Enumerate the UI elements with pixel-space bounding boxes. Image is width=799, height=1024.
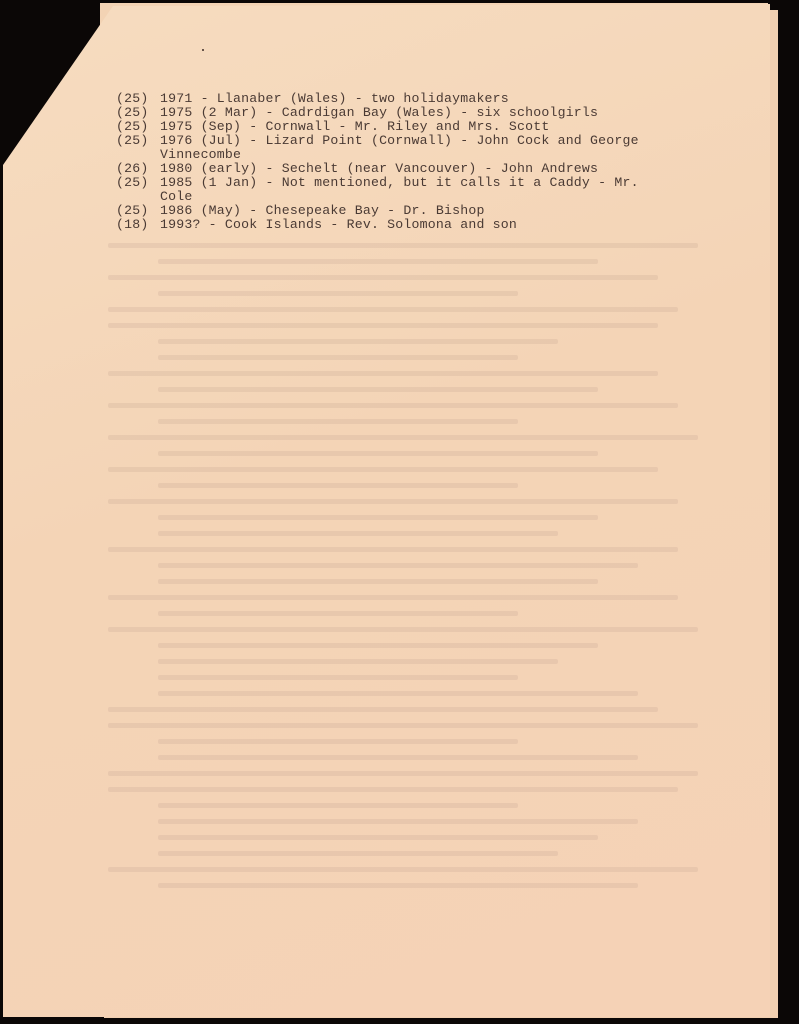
entry-text: 1975 (2 Mar) - Cadrdigan Bay (Wales) - s…: [160, 106, 716, 120]
reference-number: (25): [116, 120, 160, 134]
show-through-line: [108, 467, 658, 472]
show-through-line: [158, 451, 598, 456]
show-through-line: [158, 611, 518, 616]
show-through-line: [158, 835, 598, 840]
show-through-line: [108, 787, 678, 792]
reference-number: (25): [116, 92, 160, 106]
show-through-line: [158, 755, 638, 760]
sighting-list: (25)1971 - Llanaber (Wales) - two holida…: [116, 92, 716, 232]
show-through-line: [108, 275, 658, 280]
show-through-line: [108, 403, 678, 408]
paper-sheet: (25)1971 - Llanaber (Wales) - two holida…: [0, 0, 770, 1017]
entry-text: 1971 - Llanaber (Wales) - two holidaymak…: [160, 92, 716, 106]
list-item: (25)1985 (1 Jan) - Not mentioned, but it…: [116, 176, 716, 204]
show-through-line: [108, 547, 678, 552]
show-through-line: [108, 371, 658, 376]
show-through-line: [158, 259, 598, 264]
reference-number: (18): [116, 218, 160, 232]
show-through-line: [158, 659, 558, 664]
show-through-line: [108, 323, 658, 328]
show-through-line: [108, 707, 658, 712]
show-through-line: [108, 243, 698, 248]
show-through-line: [158, 803, 518, 808]
show-through-line: [108, 867, 698, 872]
entry-text: 1980 (early) - Sechelt (near Vancouver) …: [160, 162, 716, 176]
reference-number: (25): [116, 106, 160, 120]
list-item: (18)1993? - Cook Islands - Rev. Solomona…: [116, 218, 716, 232]
list-item: (26)1980 (early) - Sechelt (near Vancouv…: [116, 162, 716, 176]
show-through-line: [158, 339, 558, 344]
list-item: (25)1986 (May) - Chesepeake Bay - Dr. Bi…: [116, 204, 716, 218]
show-through-line: [158, 563, 638, 568]
show-through-line: [108, 627, 698, 632]
list-item: (25)1975 (Sep) - Cornwall - Mr. Riley an…: [116, 120, 716, 134]
show-through-line: [158, 739, 518, 744]
show-through-line: [158, 851, 558, 856]
show-through-line: [158, 643, 598, 648]
show-through-line: [158, 691, 638, 696]
list-item: (25)1971 - Llanaber (Wales) - two holida…: [116, 92, 716, 106]
show-through-line: [158, 291, 518, 296]
list-item: (25)1976 (Jul) - Lizard Point (Cornwall)…: [116, 134, 716, 162]
show-through-line: [158, 883, 638, 888]
entry-text: 1976 (Jul) - Lizard Point (Cornwall) - J…: [160, 134, 716, 162]
show-through-text: [108, 232, 708, 899]
show-through-line: [108, 435, 698, 440]
show-through-line: [158, 819, 638, 824]
list-item: (25)1975 (2 Mar) - Cadrdigan Bay (Wales)…: [116, 106, 716, 120]
reference-number: (25): [116, 176, 160, 204]
ink-dot: [202, 49, 204, 51]
show-through-line: [158, 579, 598, 584]
reference-number: (26): [116, 162, 160, 176]
show-through-line: [158, 483, 518, 488]
show-through-line: [108, 595, 678, 600]
show-through-line: [108, 307, 678, 312]
show-through-line: [158, 419, 518, 424]
show-through-line: [158, 515, 598, 520]
entry-text: 1993? - Cook Islands - Rev. Solomona and…: [160, 218, 716, 232]
reference-number: (25): [116, 204, 160, 218]
entry-text: 1975 (Sep) - Cornwall - Mr. Riley and Mr…: [160, 120, 716, 134]
show-through-line: [158, 675, 518, 680]
entry-text: 1986 (May) - Chesepeake Bay - Dr. Bishop: [160, 204, 716, 218]
reference-number: (25): [116, 134, 160, 162]
show-through-line: [158, 387, 598, 392]
show-through-line: [108, 499, 678, 504]
show-through-line: [158, 531, 558, 536]
show-through-line: [108, 771, 698, 776]
show-through-line: [108, 723, 698, 728]
entry-text: 1985 (1 Jan) - Not mentioned, but it cal…: [160, 176, 716, 204]
show-through-line: [158, 355, 518, 360]
